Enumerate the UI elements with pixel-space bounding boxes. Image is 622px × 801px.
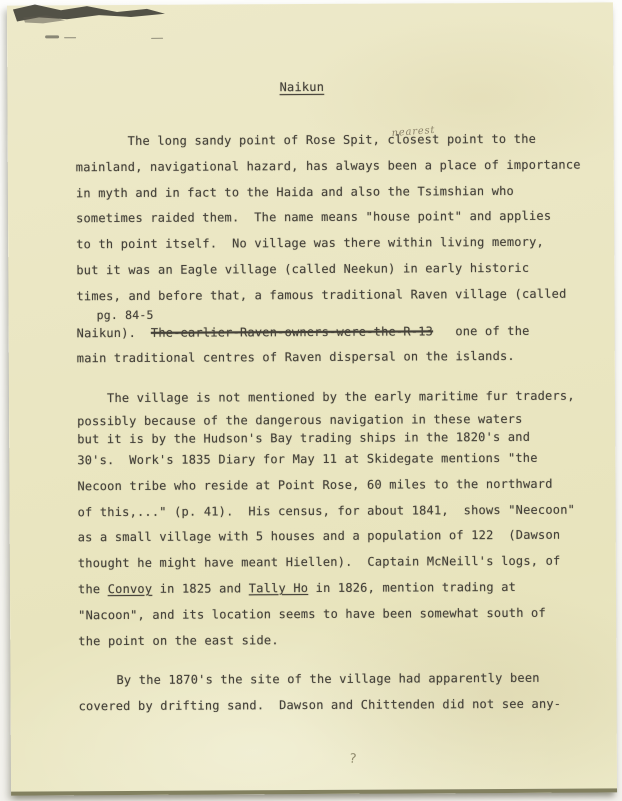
typewritten-text-column: Naikun The long sandy point of Rose Spit… (75, 3, 584, 721)
text-line: as a small village with 5 houses and a p… (78, 523, 583, 551)
text-segment: in 1825 and (152, 581, 249, 596)
manuscript-paper: Naikun The long sandy point of Rose Spit… (7, 2, 617, 795)
text-line: to th point itself. No village was there… (76, 230, 581, 258)
text-line: Naikun). The-earlier-Raven-owners-were-t… (77, 318, 582, 346)
text-line: sometimes raided them. The name means "h… (76, 204, 581, 232)
text-line: covered by drifting sand. Dawson and Chi… (79, 692, 584, 720)
text-line: the Convoy in 1825 and Tally Ho in 1826,… (78, 575, 583, 603)
scanned-page-background: Naikun The long sandy point of Rose Spit… (0, 0, 622, 801)
text-line: The long sandy point of Rose Spit, neare… (76, 127, 581, 155)
struck-out-text: The-earlier-Raven-owners-were-the-R-13 (151, 324, 433, 339)
text-line: of this,..." (p. 41). His census, for ab… (78, 497, 583, 525)
text-segment: point to the (439, 132, 536, 147)
text-line: Necoon tribe who reside at Point Rose, 6… (77, 471, 582, 499)
text-line: The village is not mentioned by the earl… (77, 384, 582, 412)
text-segment: the (78, 582, 108, 596)
text-line: 30's. Work's 1835 Diary for May 11 at Sk… (77, 446, 582, 474)
annotated-word: nearestclosest (387, 132, 439, 146)
text-line: times, and before that, a famous traditi… (76, 281, 581, 309)
ship-name-underlined: Convoy (108, 582, 153, 596)
ship-name-underlined: Tally Ho (249, 581, 308, 595)
handwritten-annotation: nearest (391, 118, 437, 147)
text-line: main traditional centres of Raven disper… (77, 344, 582, 372)
paragraph-2: The village is not mentioned by the earl… (77, 384, 583, 655)
staple-mark-decoration (45, 35, 59, 38)
text-segment: Naikun). (77, 325, 151, 339)
text-segment: in 1826, mention trading at (308, 580, 516, 595)
page-title: Naikun (49, 77, 554, 98)
text-line: the point on the east side. (78, 626, 583, 654)
text-line: "Nacoon", and its location seems to have… (78, 600, 583, 628)
text-segment: The long sandy point of Rose Spit, (128, 133, 388, 148)
paragraph-3: By the 1870's the site of the village ha… (78, 666, 583, 720)
text-line: By the 1870's the site of the village ha… (78, 666, 583, 694)
text-line: thought he might have meant Hiellen). Ca… (78, 549, 583, 577)
text-line: mainland, navigational hazard, has alway… (76, 152, 581, 180)
faint-page-mark: ? (348, 751, 357, 767)
text-line: in myth and in fact to the Haida and als… (76, 178, 581, 206)
paragraph-1: The long sandy point of Rose Spit, neare… (76, 127, 582, 373)
text-segment: one of the (433, 323, 530, 338)
text-line: but it was an Eagle village (called Neek… (76, 256, 581, 284)
